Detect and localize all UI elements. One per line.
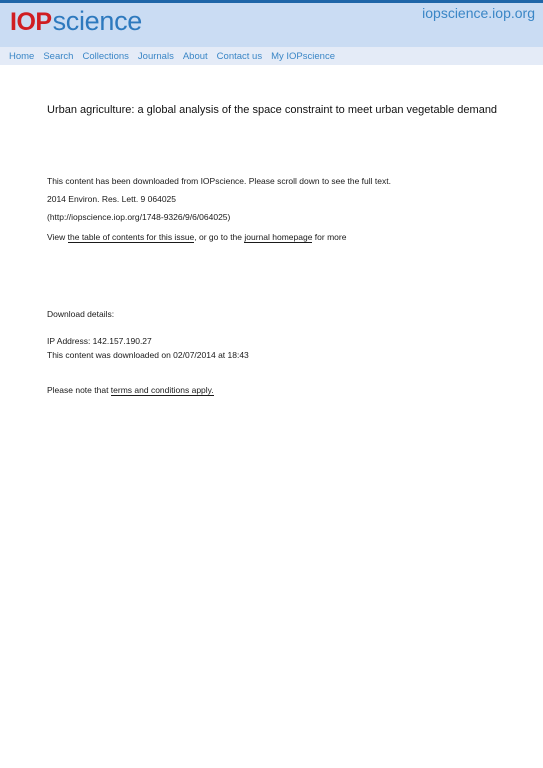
download-details-heading: Download details: bbox=[47, 309, 114, 319]
terms-prefix: Please note that bbox=[47, 385, 111, 395]
nav-collections[interactable]: Collections bbox=[82, 51, 128, 62]
nav-home[interactable]: Home bbox=[9, 51, 34, 62]
nav-search[interactable]: Search bbox=[43, 51, 73, 62]
journal-homepage-link[interactable]: journal homepage bbox=[244, 232, 312, 243]
citation: 2014 Environ. Res. Lett. 9 064025 bbox=[47, 194, 176, 204]
logo-iop-text: IOP bbox=[10, 7, 52, 37]
main-nav: Home Search Collections Journals About C… bbox=[0, 47, 543, 65]
view-middle: , or go to the bbox=[194, 232, 244, 242]
view-suffix: for more bbox=[312, 232, 346, 242]
iopscience-logo[interactable]: IOPscience bbox=[10, 6, 142, 36]
download-notice: This content has been downloaded from IO… bbox=[47, 176, 391, 186]
nav-my-iopscience[interactable]: My IOPscience bbox=[271, 51, 335, 62]
view-line: View the table of contents for this issu… bbox=[47, 232, 346, 242]
site-header: IOPscience iopscience.iop.org bbox=[0, 3, 543, 47]
downloaded-on: This content was downloaded on 02/07/201… bbox=[47, 350, 249, 360]
site-url-link[interactable]: iopscience.iop.org bbox=[422, 5, 535, 21]
logo-science-text: science bbox=[53, 6, 142, 36]
doi-url: (http://iopscience.iop.org/1748-9326/9/6… bbox=[47, 212, 230, 222]
article-title: Urban agriculture: a global analysis of … bbox=[47, 104, 497, 116]
nav-about[interactable]: About bbox=[183, 51, 208, 62]
terms-line: Please note that terms and conditions ap… bbox=[47, 385, 214, 395]
view-prefix: View bbox=[47, 232, 68, 242]
nav-journals[interactable]: Journals bbox=[138, 51, 174, 62]
terms-and-conditions-link[interactable]: terms and conditions apply. bbox=[111, 385, 214, 396]
table-of-contents-link[interactable]: the table of contents for this issue bbox=[68, 232, 195, 243]
ip-address: IP Address: 142.157.190.27 bbox=[47, 336, 152, 346]
nav-contact-us[interactable]: Contact us bbox=[217, 51, 262, 62]
